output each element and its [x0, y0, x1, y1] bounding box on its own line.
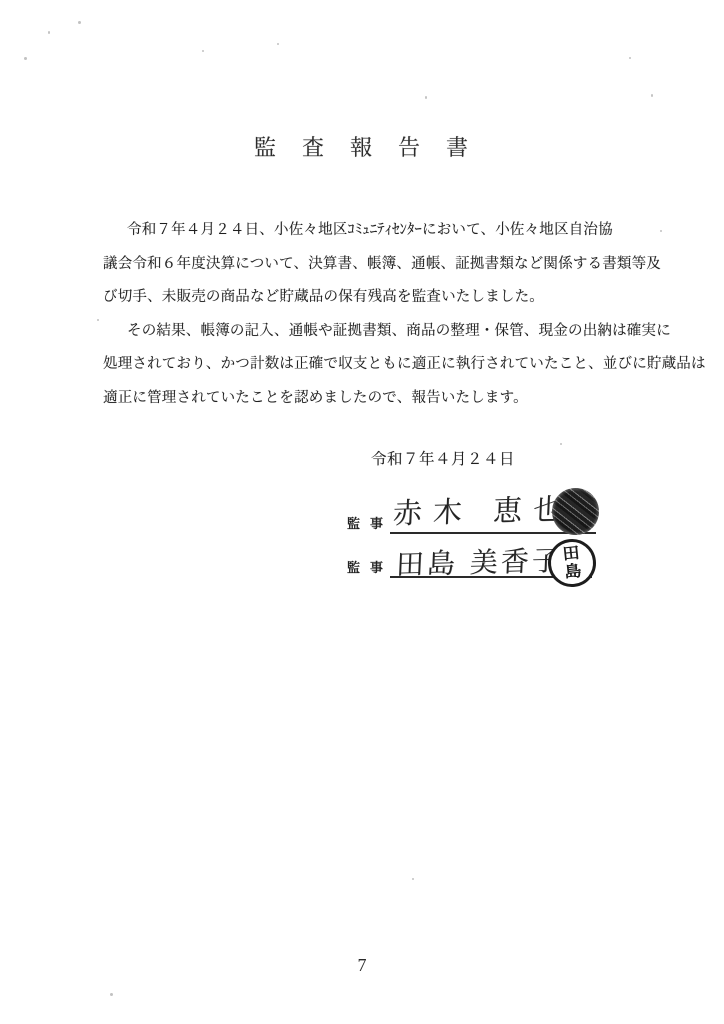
- body-line: 令和７年４月２４日、小佐々地区ｺﾐｭﾆﾃｨｾﾝﾀｰにおいて、小佐々地区自治協: [103, 214, 663, 248]
- auditor2-seal-top-char: 田: [562, 545, 581, 564]
- document-body: 令和７年４月２４日、小佐々地区ｺﾐｭﾆﾃｨｾﾝﾀｰにおいて、小佐々地区自治協 議…: [103, 214, 663, 415]
- scan-speck: [277, 43, 279, 45]
- scan-speck: [629, 57, 631, 59]
- auditor2-seal-bottom-char: 島: [564, 563, 583, 582]
- scan-speck: [660, 230, 662, 232]
- auditor2-role-label: 監事: [347, 557, 393, 576]
- report-date: 令和７年４月２４日: [371, 447, 515, 469]
- scan-speck: [24, 57, 27, 60]
- document-title: 監 査 報 告 書: [0, 131, 724, 162]
- scan-speck: [110, 993, 113, 996]
- body-line: その結果、帳簿の記入、通帳や証拠書類、商品の整理・保管、現金の出納は確実に: [103, 315, 663, 349]
- scan-speck: [412, 878, 414, 880]
- scan-speck: [425, 96, 427, 99]
- body-line: 処理されており、かつ計数は正確で収支ともに適正に執行されていたこと、並びに貯蔵品…: [103, 348, 663, 382]
- auditor1-handwritten-name: 赤木 恵也: [392, 487, 574, 533]
- scan-speck: [202, 50, 204, 52]
- page-number: 7: [0, 955, 724, 976]
- auditor1-role-label: 監事: [347, 513, 393, 532]
- auditor2-handwritten-name: 田島 美香子: [395, 539, 564, 583]
- document-page: 監 査 報 告 書 令和７年４月２４日、小佐々地区ｺﾐｭﾆﾃｨｾﾝﾀｰにおいて、…: [0, 0, 724, 1024]
- scan-speck: [78, 21, 81, 24]
- body-line: 議会令和６年度決算について、決算書、帳簿、通帳、証拠書類など関係する書類等及: [103, 248, 663, 282]
- scan-speck: [97, 319, 99, 321]
- scan-speck: [48, 31, 50, 34]
- body-line: 適正に管理されていたことを認めましたので、報告いたします。: [103, 382, 663, 416]
- scan-speck: [560, 443, 562, 445]
- auditor1-seal-stamp: [552, 488, 599, 535]
- scan-speck: [651, 94, 653, 97]
- body-line: び切手、未販売の商品など貯蔵品の保有残高を監査いたしました。: [103, 281, 663, 315]
